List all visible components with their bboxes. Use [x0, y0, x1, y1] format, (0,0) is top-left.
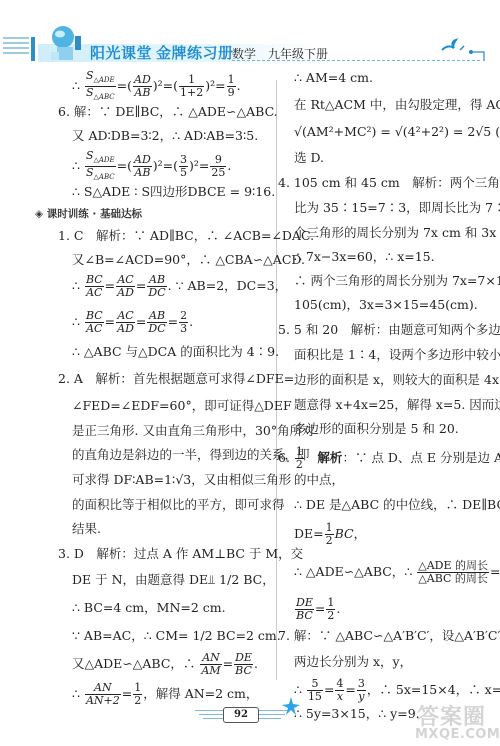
- answer-line: ∴ 两个三角形的周长分别为 7x=7×15=: [294, 273, 500, 289]
- answer-line: ∴ 7x−3x=60，∴ x=15.: [294, 249, 435, 265]
- answer-line-q3: 3. D 解析：过点 A 作 AM⊥BC 于 M，交: [58, 546, 303, 562]
- page-header: 阳光课堂 金牌练习册 数学 九年级下册: [0, 0, 500, 62]
- answer-line: 的面积比等于相似比的平方，即可求得: [72, 497, 285, 513]
- answer-line: 比为 35∶15=7∶3，即周长比为 7∶3. 设两: [294, 200, 500, 216]
- answer-line: ∴ S△ADE ∶ S四边形DBCE = 9∶16.: [72, 184, 275, 200]
- diamond-bullet-icon: ◈: [35, 208, 43, 220]
- answer-line: 选 D.: [294, 150, 324, 166]
- answer-line: 题意得 x+4x=25，解得 x=5. 因而这两个: [294, 397, 500, 413]
- answer-line-q4: 4. 105 cm 和 45 cm 解析：两个三角形的相似: [278, 175, 500, 191]
- answer-line: ∵ AB=AC，∴ CM= 1/2 BC=2 cm.: [72, 628, 281, 644]
- answer-line: ∴ DE 是△ABC 的中位线，∴ DE∥BC，且: [294, 497, 500, 513]
- answer-line: DEBC=12.: [294, 597, 340, 622]
- answer-line: 两边长分别为 x，y，: [294, 654, 412, 670]
- answer-line-q2: 2. A 解析：首先根据题意可求得∠DFE=: [58, 371, 294, 387]
- star-decor-icon: [281, 696, 301, 716]
- page-footer: 92: [195, 702, 305, 728]
- header-decor-bar: [31, 37, 35, 61]
- answer-line: 在 Rt△ACM 中，由勾股定理，得 AC=: [294, 97, 500, 113]
- watermark: 答案圈 MXQE.COM: [415, 700, 500, 746]
- globe-logo-icon: [46, 24, 88, 61]
- answer-line: 多边形的面积分别是 5 和 20.: [294, 421, 459, 437]
- answer-line: 又△ADE∽△ABC，∴ ANAM=DEBC.: [72, 652, 258, 677]
- answer-line: ∴ BC=4 cm，MN=2 cm.: [72, 600, 226, 616]
- answer-line: DE=12BC，: [294, 522, 366, 547]
- answer-line: 又∠B=∠ACD=90°，∴ △CBA∽△ACD.: [72, 252, 305, 268]
- bird-decor-icon: [440, 38, 490, 62]
- answer-line: ∴ 5y=3×15，∴ y=9.: [294, 706, 420, 722]
- section-heading: ◈ 课时训练 · 基础达标: [35, 206, 142, 221]
- answer-line: ∴ AM=4 cm.: [294, 70, 373, 86]
- answer-line: 边形的面积是 x，则较大的面积是 4x. 根据: [294, 372, 500, 388]
- answer-line-q7: 7. 解：∵ △ABC∽△A′B′C′，设△A′B′C′另: [278, 628, 500, 644]
- answer-line: 的直角边是斜边的一半，得到边的关系，即: [72, 447, 310, 463]
- answer-line-q6: 6. 12 解析：∵ 点 D、点 E 分别是边 AB，AC: [278, 446, 500, 471]
- answer-line: ∴ S△ADES△ABC=(ADAB)²=(11+2)²=19.: [72, 70, 241, 103]
- page-number: 92: [223, 707, 259, 723]
- answer-line: 又 AD∶DB=3∶2，∴ AD∶AB=3∶5.: [72, 128, 258, 144]
- answer-line: ∴ △ADE∽△ABC，∴ △ADE 的周长△ABC 的周长=: [294, 560, 500, 585]
- answer-line: ∴ BCAC=ACAD=ABDC. ∵ AB=2，DC=3，: [72, 274, 287, 299]
- answer-line: 结果.: [72, 521, 101, 537]
- answer-line: ∠FED=∠EDF=60°，即可证得△DEF: [72, 398, 292, 414]
- answer-line-q5: 5. 5 和 20 解析：由题意可知两个多边形的: [278, 322, 500, 338]
- series-title: 阳光课堂: [90, 42, 152, 63]
- answer-line: 面积比是 1∶4，设两个多边形中较小的多: [294, 347, 500, 363]
- answer-line: 可求得 DF∶AB=1∶√3，又由相似三角形: [72, 472, 291, 488]
- answer-line-q6: 6. 解：∵ DE∥BC，∴ △ADE∽△ABC.: [58, 104, 278, 120]
- answer-line: DE 于 N，由题意得 DE⫫ 1/2 BC，: [72, 572, 275, 588]
- answer-line: 105(cm)，3x=3×15=45(cm).: [294, 297, 478, 313]
- answer-line: 个三角形的周长分别为 7x cm 和 3x cm.: [294, 225, 500, 241]
- answer-line: ∴ △ABC 与△DCA 的面积比为 4∶9.: [72, 344, 279, 360]
- header-decor-lines: [3, 37, 29, 59]
- answer-line: 的中点，: [294, 472, 344, 488]
- answer-line: ∴ S△ADES△ABC=(ADAB)²=(35)²=925.: [72, 150, 231, 183]
- answer-line-q1: 1. C 解析：∵ AD∥BC，∴ ∠ACB=∠DAC.: [58, 228, 314, 244]
- answer-line: ∴ BCAC=ACAD=ABDC=23.: [72, 310, 193, 335]
- book-title: 金牌练习册: [156, 42, 234, 63]
- answer-line: 是正三角形. 又由直角三角形中，30°角所对: [72, 423, 315, 439]
- answer-line: √(AM²+MC²) = √(4²+2²) = 2√5 (cm). 故: [294, 124, 500, 140]
